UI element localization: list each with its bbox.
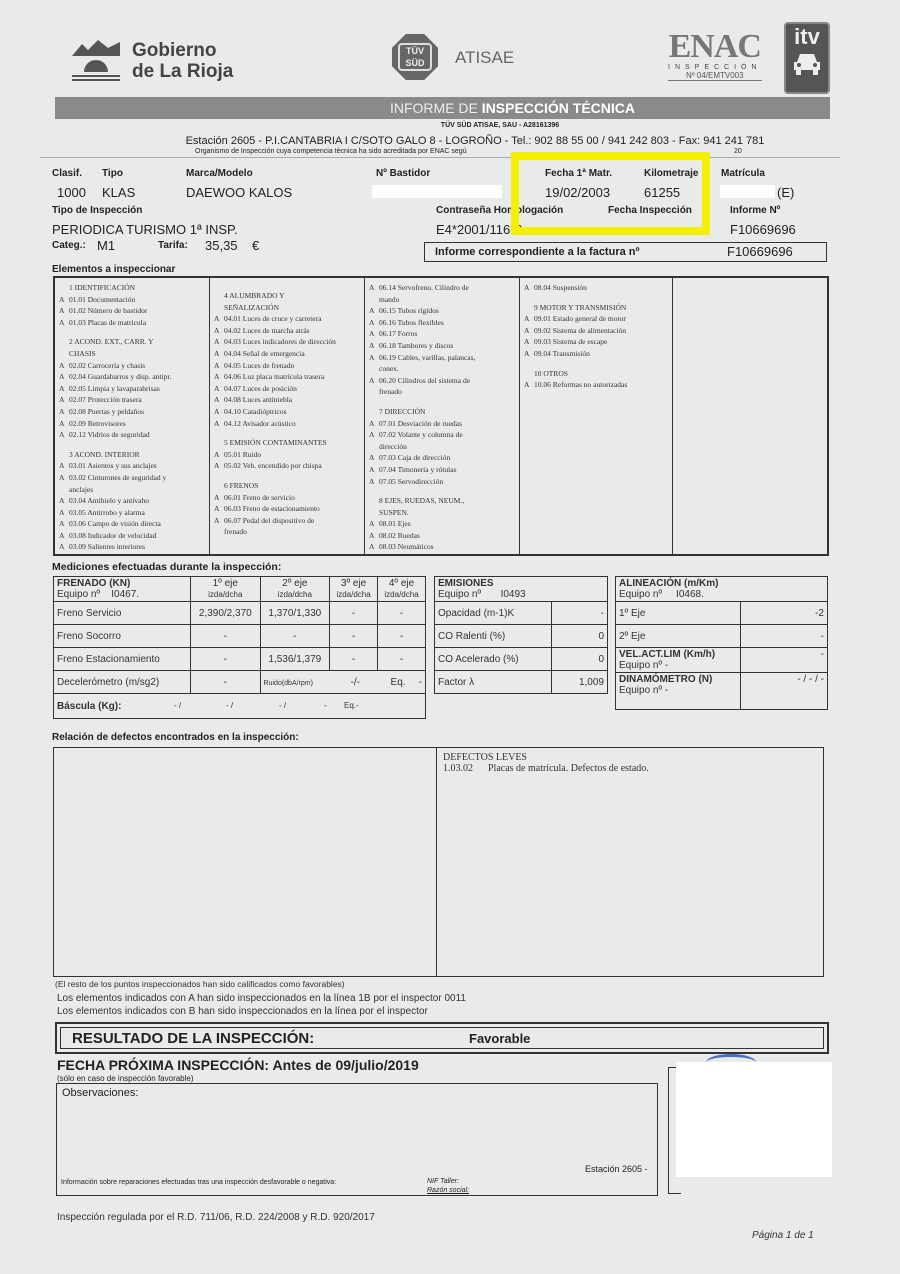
inspector-mark: A bbox=[524, 379, 534, 391]
measurements-title: Mediciones efectuadas durante la inspecc… bbox=[52, 561, 281, 573]
inspector-mark: A bbox=[369, 352, 379, 364]
inspector-mark: A bbox=[59, 406, 69, 418]
result-label: RESULTADO DE LA INSPECCIÓN: bbox=[72, 1030, 314, 1047]
list-item: A04.02 Luces de marcha atrás bbox=[214, 325, 360, 337]
highlight-annotation bbox=[511, 152, 710, 235]
spacer bbox=[524, 294, 668, 302]
spacer bbox=[214, 282, 360, 290]
observations-station: Estación 2605 - bbox=[585, 1164, 648, 1174]
gov-name-line2: de La Rioja bbox=[132, 61, 233, 82]
inspector-mark: A bbox=[214, 313, 224, 325]
item-label: 09.03 Sistema de escape bbox=[534, 337, 607, 346]
list-item: A05.02 Veh. encendido por chispa bbox=[214, 460, 360, 472]
item-label: 09.02 Sistema de alimentación bbox=[534, 326, 626, 335]
item-label: 08.02 Ruedas bbox=[379, 531, 420, 540]
defect-item: 1.03.02 Placas de matrícula. Defectos de… bbox=[443, 763, 649, 774]
list-item: A01.01 Documentación bbox=[59, 294, 205, 306]
item-label: 02.02 Carrocería y chasis bbox=[69, 361, 145, 370]
tuv-logo: TÜV SÜD bbox=[392, 34, 438, 80]
tarifa-value: 35,35 bbox=[205, 238, 238, 253]
list-item: A06.18 Tambores y discos bbox=[369, 340, 515, 352]
item-label: 02.07 Protección trasera bbox=[69, 395, 142, 404]
item-label: 06.18 Tambores y discos bbox=[379, 341, 453, 350]
inspector-mark: A bbox=[369, 476, 379, 488]
item-label: 04.03 Luces indicadores de dirección bbox=[224, 337, 336, 346]
inspector-mark: A bbox=[59, 360, 69, 372]
clasif-value: 1000 bbox=[57, 185, 86, 200]
bastidor-label: Nº Bastidor bbox=[376, 168, 430, 179]
table-row: VEL.ACT.LIM (Km/h)Equipo nº -- bbox=[616, 648, 828, 673]
list-item: A02.12 Vidrios de seguridad bbox=[59, 429, 205, 441]
nif-taller: NIF Taller: bbox=[427, 1178, 459, 1185]
elements-col bbox=[673, 278, 827, 554]
list-item: A07.02 Volante y columna de bbox=[369, 429, 515, 441]
item-label: 07.05 Servodirección bbox=[379, 477, 443, 486]
item-label: 06.15 Tubos rígidos bbox=[379, 306, 439, 315]
tipo-insp-label: Tipo de Inspección bbox=[52, 205, 142, 216]
inspector-mark: A bbox=[214, 449, 224, 461]
item-label: 07.04 Timonería y rótulas bbox=[379, 465, 457, 474]
item-label: 03.01 Asientos y sus anclajes bbox=[69, 461, 157, 470]
item-label: 04.02 Luces de marcha atrás bbox=[224, 326, 310, 335]
inspector-mark: A bbox=[214, 492, 224, 504]
inspector-mark: A bbox=[369, 541, 379, 553]
inspector-mark: A bbox=[59, 317, 69, 329]
list-item: A04.08 Luces antiniebla bbox=[214, 394, 360, 406]
item-label: 08.03 Neumáticos bbox=[379, 542, 434, 551]
list-item: A07.05 Servodirección bbox=[369, 476, 515, 488]
inspector-mark: A bbox=[214, 394, 224, 406]
inspector-mark: A bbox=[59, 429, 69, 441]
list-item: A06.01 Freno de servicio bbox=[214, 492, 360, 504]
inspector-mark: A bbox=[59, 305, 69, 317]
inspector-mark: A bbox=[369, 375, 379, 387]
section-heading: 9 MOTOR Y TRANSMISIÓN bbox=[524, 302, 668, 314]
inspector-mark: A bbox=[214, 460, 224, 472]
item-label: 02.08 Puertas y peldaños bbox=[69, 407, 144, 416]
inspector-mark: A bbox=[369, 282, 379, 294]
item-label: 06.16 Tubos flexibles bbox=[379, 318, 444, 327]
item-label: 06.19 Cables, varillas, palancas, bbox=[379, 353, 475, 362]
item-label: frenado bbox=[224, 527, 247, 536]
list-item: A09.04 Transmisión bbox=[524, 348, 668, 360]
table-row: 2º Eje- bbox=[616, 625, 828, 648]
elements-table: 1 IDENTIFICACIÓNA01.01 DocumentaciónA01.… bbox=[53, 276, 829, 556]
item-label: 04.10 Catadióptricos bbox=[224, 407, 287, 416]
next-inspection-note: (sólo en caso de inspección favorable) bbox=[57, 1074, 194, 1083]
inspector-mark: A bbox=[369, 317, 379, 329]
spacer bbox=[524, 360, 668, 368]
inspector-mark: A bbox=[59, 518, 69, 530]
marca-value: DAEWOO KALOS bbox=[186, 185, 292, 200]
inspector-mark: A bbox=[214, 406, 224, 418]
inspector-mark: A bbox=[369, 464, 379, 476]
categ-label: Categ.: bbox=[52, 240, 86, 251]
inspector-mark: A bbox=[214, 418, 224, 430]
informe-label: Informe Nº bbox=[730, 205, 780, 216]
inspector-mark: A bbox=[369, 328, 379, 340]
clasif-label: Clasif. bbox=[52, 168, 82, 179]
inspector-mark: A bbox=[524, 348, 534, 360]
itv-logo: itv bbox=[784, 22, 830, 94]
spacer bbox=[214, 472, 360, 480]
inspector-mark: A bbox=[59, 383, 69, 395]
inspector-mark: A bbox=[59, 507, 69, 519]
item-label: conex. bbox=[379, 364, 399, 373]
item-label: 04.12 Avisador acústico bbox=[224, 419, 296, 428]
inspector-mark: A bbox=[59, 371, 69, 383]
list-item: A04.07 Luces de posición bbox=[214, 383, 360, 395]
result-value: Favorable bbox=[469, 1031, 530, 1046]
inspector-mark: A bbox=[524, 282, 534, 294]
item-label: 02.12 Vidrios de seguridad bbox=[69, 430, 150, 439]
spacer bbox=[369, 398, 515, 406]
tipo-label: Tipo bbox=[102, 168, 123, 179]
list-item: A06.15 Tubos rígidos bbox=[369, 305, 515, 317]
defects-box bbox=[53, 747, 824, 977]
list-item: A08.03 Neumáticos bbox=[369, 541, 515, 553]
item-label: 08.01 Ejes bbox=[379, 519, 411, 528]
inspector-mark: A bbox=[369, 518, 379, 530]
repairs-info: Información sobre reparaciones efectuada… bbox=[61, 1179, 336, 1186]
list-item: anclajes bbox=[59, 484, 205, 496]
item-label: 06.03 Freno de estacionamiento bbox=[224, 504, 320, 513]
item-label: 10.06 Reformas no autorizadas bbox=[534, 380, 627, 389]
factura-label: Informe correspondiente a la factura nº bbox=[435, 246, 640, 258]
inspector-mark: A bbox=[369, 305, 379, 317]
section-heading: 3 ACOND. INTERIOR bbox=[59, 449, 205, 461]
list-item: mando bbox=[369, 294, 515, 306]
section-heading: 8 EJES, RUEDAS, NEUM., bbox=[369, 495, 515, 507]
list-item: A03.09 Salientes interiores bbox=[59, 541, 205, 553]
table-row: Freno Servicio 2,390/2,370 1,370/1,330 -… bbox=[54, 602, 426, 625]
defects-divider bbox=[436, 747, 437, 977]
list-item: A06.07 Pedal del dispositivo de bbox=[214, 515, 360, 527]
inspector-mark: A bbox=[369, 530, 379, 542]
list-item: A06.03 Freno de estacionamiento bbox=[214, 503, 360, 515]
braking-table: FRENADO (KN)Equipo nº I0467. 1º ejeizda/… bbox=[53, 576, 426, 719]
observations-label: Observaciones: bbox=[62, 1087, 138, 1099]
inspector-mark: A bbox=[59, 418, 69, 430]
alignment-table: ALINEACIÓN (m/Km)Equipo nº I0468. 1º Eje… bbox=[615, 576, 828, 710]
emissions-table: EMISIONESEquipo nº I0493 Opacidad (m-1)K… bbox=[434, 576, 608, 694]
list-item: A03.02 Cinturones de seguridad y bbox=[59, 472, 205, 484]
gobierno-rioja-logo: Gobierno de La Rioja bbox=[70, 38, 233, 84]
result-box: RESULTADO DE LA INSPECCIÓN: Favorable bbox=[55, 1022, 829, 1054]
razon-social: Razón social: bbox=[427, 1187, 469, 1194]
item-label: 07.01 Desviación de ruedas bbox=[379, 419, 462, 428]
item-label: 04.01 Luces de cruce y carretera bbox=[224, 314, 321, 323]
matricula-redacted bbox=[720, 185, 775, 198]
list-item: A04.12 Avisador acústico bbox=[214, 418, 360, 430]
item-label: 03.05 Antirrobo y alarma bbox=[69, 508, 145, 517]
car-icon bbox=[792, 50, 822, 76]
list-item: A01.02 Número de bastidor bbox=[59, 305, 205, 317]
list-item: A04.10 Catadióptricos bbox=[214, 406, 360, 418]
defects-title: Relación de defectos encontrados en la i… bbox=[52, 732, 299, 743]
item-label: 09.01 Estado general de motor bbox=[534, 314, 626, 323]
item-label: frenado bbox=[379, 387, 402, 396]
list-item: A09.01 Estado general de motor bbox=[524, 313, 668, 325]
list-item: A04.01 Luces de cruce y carretera bbox=[214, 313, 360, 325]
item-label: 06.14 Servofreno. Cilindro de bbox=[379, 283, 469, 292]
section-heading: 4 ALUMBRADO Y bbox=[214, 290, 360, 302]
list-item: A09.03 Sistema de escape bbox=[524, 336, 668, 348]
item-label: 03.06 Campo de visión directa bbox=[69, 519, 161, 528]
item-label: 04.07 Luces de posición bbox=[224, 384, 297, 393]
item-label: 08.04 Suspensión bbox=[534, 283, 587, 292]
inspector-mark: A bbox=[214, 515, 224, 527]
item-label: 07.03 Caja de dirección bbox=[379, 453, 450, 462]
item-label: 04.05 Luces de frenado bbox=[224, 361, 294, 370]
table-row: CO Acelerado (%)0 bbox=[435, 648, 608, 671]
section-heading: CHASIS bbox=[59, 348, 205, 360]
notes-line-a: Los elementos indicados con A han sido i… bbox=[57, 993, 466, 1004]
regulation-footer: Inspección regulada por el R.D. 711/06, … bbox=[57, 1212, 375, 1223]
inspector-mark: A bbox=[59, 541, 69, 553]
inspector-mark: A bbox=[214, 348, 224, 360]
inspector-mark: A bbox=[59, 394, 69, 406]
table-row: Opacidad (m-1)K- bbox=[435, 602, 608, 625]
item-label: 03.04 Antihielo y antivaho bbox=[69, 496, 149, 505]
item-label: 03.02 Cinturones de seguridad y bbox=[69, 473, 166, 482]
categ-value: M1 bbox=[97, 238, 115, 253]
table-row: CO Ralenti (%)0 bbox=[435, 625, 608, 648]
item-label: 06.07 Pedal del dispositivo de bbox=[224, 516, 314, 525]
list-item: A06.20 Cilindros del sistema de bbox=[369, 375, 515, 387]
signature-redacted bbox=[676, 1062, 832, 1177]
section-heading: 10 OTROS bbox=[524, 368, 668, 380]
spacer bbox=[59, 328, 205, 336]
defects-leves: DEFECTOS LEVES 1.03.02 Placas de matrícu… bbox=[443, 752, 649, 774]
inspector-mark: A bbox=[214, 383, 224, 395]
inspector-mark: A bbox=[369, 429, 379, 441]
list-item: A03.04 Antihielo y antivaho bbox=[59, 495, 205, 507]
notes-line-b: Los elementos indicados con B han sido i… bbox=[57, 1006, 428, 1017]
list-item: A02.04 Guardabarros y disp. antipr. bbox=[59, 371, 205, 383]
inspector-mark: A bbox=[214, 336, 224, 348]
report-banner: INFORME DE INSPECCIÓN TÉCNICA bbox=[55, 97, 830, 119]
table-row: 1º Eje-2 bbox=[616, 602, 828, 625]
matricula-label: Matrícula bbox=[721, 168, 765, 179]
item-label: 01.02 Número de bastidor bbox=[69, 306, 147, 315]
inspector-mark: A bbox=[369, 340, 379, 352]
inspector-mark: A bbox=[369, 418, 379, 430]
list-item: A02.02 Carrocería y chasis bbox=[59, 360, 205, 372]
list-item: A07.01 Desviación de ruedas bbox=[369, 418, 515, 430]
section-heading: 7 DIRECCIÓN bbox=[369, 406, 515, 418]
table-row: Factor λ1,009 bbox=[435, 671, 608, 694]
inspector-mark: A bbox=[214, 325, 224, 337]
inspector-mark: A bbox=[524, 325, 534, 337]
list-item: A06.17 Forros bbox=[369, 328, 515, 340]
table-row: Báscula (Kg):- /- /- /-Eq.- bbox=[54, 694, 426, 719]
factura-value: F10669696 bbox=[727, 244, 793, 259]
list-item: A04.04 Señal de emergencia bbox=[214, 348, 360, 360]
item-label: 06.17 Forros bbox=[379, 329, 417, 338]
list-item: dirección bbox=[369, 441, 515, 453]
bastidor-redacted bbox=[372, 185, 502, 198]
list-item: A02.09 Retrovisores bbox=[59, 418, 205, 430]
item-label: 04.08 Luces antiniebla bbox=[224, 395, 292, 404]
section-heading: 1 IDENTIFICACIÓN bbox=[59, 282, 205, 294]
inspector-mark: A bbox=[214, 503, 224, 515]
list-item: A07.04 Timonería y rótulas bbox=[369, 464, 515, 476]
list-item: A10.06 Reformas no autorizadas bbox=[524, 379, 668, 391]
list-item: A08.01 Ejes bbox=[369, 518, 515, 530]
list-item: frenado bbox=[214, 526, 360, 538]
inspector-mark: A bbox=[59, 530, 69, 542]
list-item: frenado bbox=[369, 386, 515, 398]
list-item: A06.19 Cables, varillas, palancas, bbox=[369, 352, 515, 364]
inspector-mark: A bbox=[59, 495, 69, 507]
item-label: 04.04 Señal de emergencia bbox=[224, 349, 305, 358]
list-item: A04.03 Luces indicadores de dirección bbox=[214, 336, 360, 348]
observations-box: Observaciones: Estación 2605 - Informaci… bbox=[56, 1083, 658, 1196]
divider bbox=[40, 157, 840, 158]
inspector-mark: A bbox=[524, 336, 534, 348]
list-item: A03.01 Asientos y sus anclajes bbox=[59, 460, 205, 472]
spacer bbox=[214, 429, 360, 437]
next-inspection: FECHA PRÓXIMA INSPECCIÓN: Antes de 09/ju… bbox=[57, 1057, 419, 1073]
item-label: 03.09 Salientes interiores bbox=[69, 542, 145, 551]
factura-box: Informe correspondiente a la factura nº … bbox=[424, 242, 827, 262]
gov-name-line1: Gobierno bbox=[132, 40, 233, 61]
elements-col: A06.14 Servofreno. Cilindro demandoA06.1… bbox=[365, 278, 520, 554]
enac-logo: ENAC INSPECCIÓN Nº 04/EMTV003 bbox=[668, 30, 762, 81]
list-item: A04.06 Luz placa matrícula trasera bbox=[214, 371, 360, 383]
elements-col: A08.04 Suspensión9 MOTOR Y TRANSMISIÓNA0… bbox=[520, 278, 673, 554]
inspector-mark: A bbox=[214, 360, 224, 372]
company-line: TÜV SÜD ATISAE, SAU - A28161396 bbox=[0, 122, 900, 129]
tipo-insp-value: PERIODICA TURISMO 1ª INSP. bbox=[52, 222, 238, 237]
defects-leves-title: DEFECTOS LEVES bbox=[443, 752, 649, 763]
elements-title: Elementos a inspeccionar bbox=[52, 264, 175, 275]
list-item: A02.08 Puertas y peldaños bbox=[59, 406, 205, 418]
item-label: 04.06 Luz placa matrícula trasera bbox=[224, 372, 324, 381]
item-label: 01.03 Placas de matrícula bbox=[69, 318, 146, 327]
item-label: 06.01 Freno de servicio bbox=[224, 493, 295, 502]
inspector-mark: A bbox=[59, 294, 69, 306]
list-item: A03.08 Indicador de velocidad bbox=[59, 530, 205, 542]
matricula-suffix: (E) bbox=[777, 185, 794, 200]
section-heading: 5 EMISIÓN CONTAMINANTES bbox=[214, 437, 360, 449]
list-item: A02.05 Limpia y lavaparabrisas bbox=[59, 383, 205, 395]
inspector-mark: A bbox=[59, 472, 69, 484]
section-heading: 2 ACOND. EXT., CARR. Y bbox=[59, 336, 205, 348]
list-item: A01.03 Placas de matrícula bbox=[59, 317, 205, 329]
currency: € bbox=[252, 238, 259, 253]
accreditation-line: Organismo de Inspección cuya competencia… bbox=[195, 148, 467, 155]
elements-col: 1 IDENTIFICACIÓNA01.01 DocumentaciónA01.… bbox=[55, 278, 210, 554]
tarifa-label: Tarifa: bbox=[158, 240, 188, 251]
page-number: Página 1 de 1 bbox=[752, 1230, 814, 1241]
mountain-sun-icon bbox=[70, 38, 122, 84]
table-row: DINAMÓMETRO (N)Equipo nº -- / - / - bbox=[616, 673, 828, 710]
item-label: anclajes bbox=[69, 485, 93, 494]
section-heading: SUSPEN. bbox=[369, 507, 515, 519]
item-label: 02.05 Limpia y lavaparabrisas bbox=[69, 384, 160, 393]
list-item: A08.02 Ruedas bbox=[369, 530, 515, 542]
list-item: A03.05 Antirrobo y alarma bbox=[59, 507, 205, 519]
list-item: A06.16 Tubos flexibles bbox=[369, 317, 515, 329]
table-row: Freno Estacionamiento - 1,536/1,379 - - bbox=[54, 648, 426, 671]
item-label: 03.08 Indicador de velocidad bbox=[69, 531, 156, 540]
inspector-mark: A bbox=[59, 460, 69, 472]
section-heading: SEÑALIZACIÓN bbox=[214, 302, 360, 314]
spacer bbox=[59, 441, 205, 449]
notes-rest: (El resto de los puntos inspeccionados h… bbox=[55, 979, 345, 989]
item-label: 06.20 Cilindros del sistema de bbox=[379, 376, 470, 385]
item-label: 01.01 Documentación bbox=[69, 295, 135, 304]
item-label: 07.02 Volante y columna de bbox=[379, 430, 463, 439]
informe-value: F10669696 bbox=[730, 222, 796, 237]
spacer bbox=[369, 487, 515, 495]
list-item: A05.01 Ruido bbox=[214, 449, 360, 461]
list-item: A03.06 Campo de visión directa bbox=[59, 518, 205, 530]
list-item: A04.05 Luces de frenado bbox=[214, 360, 360, 372]
list-item: A09.02 Sistema de alimentación bbox=[524, 325, 668, 337]
inspector-mark: A bbox=[369, 452, 379, 464]
item-label: 02.04 Guardabarros y disp. antipr. bbox=[69, 372, 171, 381]
item-label: 05.02 Veh. encendido por chispa bbox=[224, 461, 322, 470]
homolog-value: E4*2001/116*0 bbox=[436, 222, 523, 237]
inspector-mark: A bbox=[524, 313, 534, 325]
atisae-logo: ATISAE bbox=[455, 48, 514, 68]
item-label: 05.01 Ruido bbox=[224, 450, 261, 459]
list-item: conex. bbox=[369, 363, 515, 375]
list-item: A06.14 Servofreno. Cilindro de bbox=[369, 282, 515, 294]
inspector-mark: A bbox=[214, 371, 224, 383]
list-item: A08.04 Suspensión bbox=[524, 282, 668, 294]
tipo-value: KLAS bbox=[102, 185, 135, 200]
item-label: 09.04 Transmisión bbox=[534, 349, 590, 358]
item-label: 02.09 Retrovisores bbox=[69, 419, 126, 428]
table-row: Freno Socorro - - - - bbox=[54, 625, 426, 648]
section-heading: 6 FRENOS bbox=[214, 480, 360, 492]
list-item: A02.07 Protección trasera bbox=[59, 394, 205, 406]
marca-label: Marca/Modelo bbox=[186, 168, 253, 179]
elements-col: 4 ALUMBRADO YSEÑALIZACIÓNA04.01 Luces de… bbox=[210, 278, 365, 554]
item-label: mando bbox=[379, 295, 399, 304]
station-line: Estación 2605 - P.I.CANTABRIA I C/SOTO G… bbox=[0, 135, 900, 147]
item-label: dirección bbox=[379, 442, 407, 451]
table-row: Decelerómetro (m/sg2) - Ruido(dbA/rpm)-/… bbox=[54, 671, 426, 694]
list-item: A07.03 Caja de dirección bbox=[369, 452, 515, 464]
